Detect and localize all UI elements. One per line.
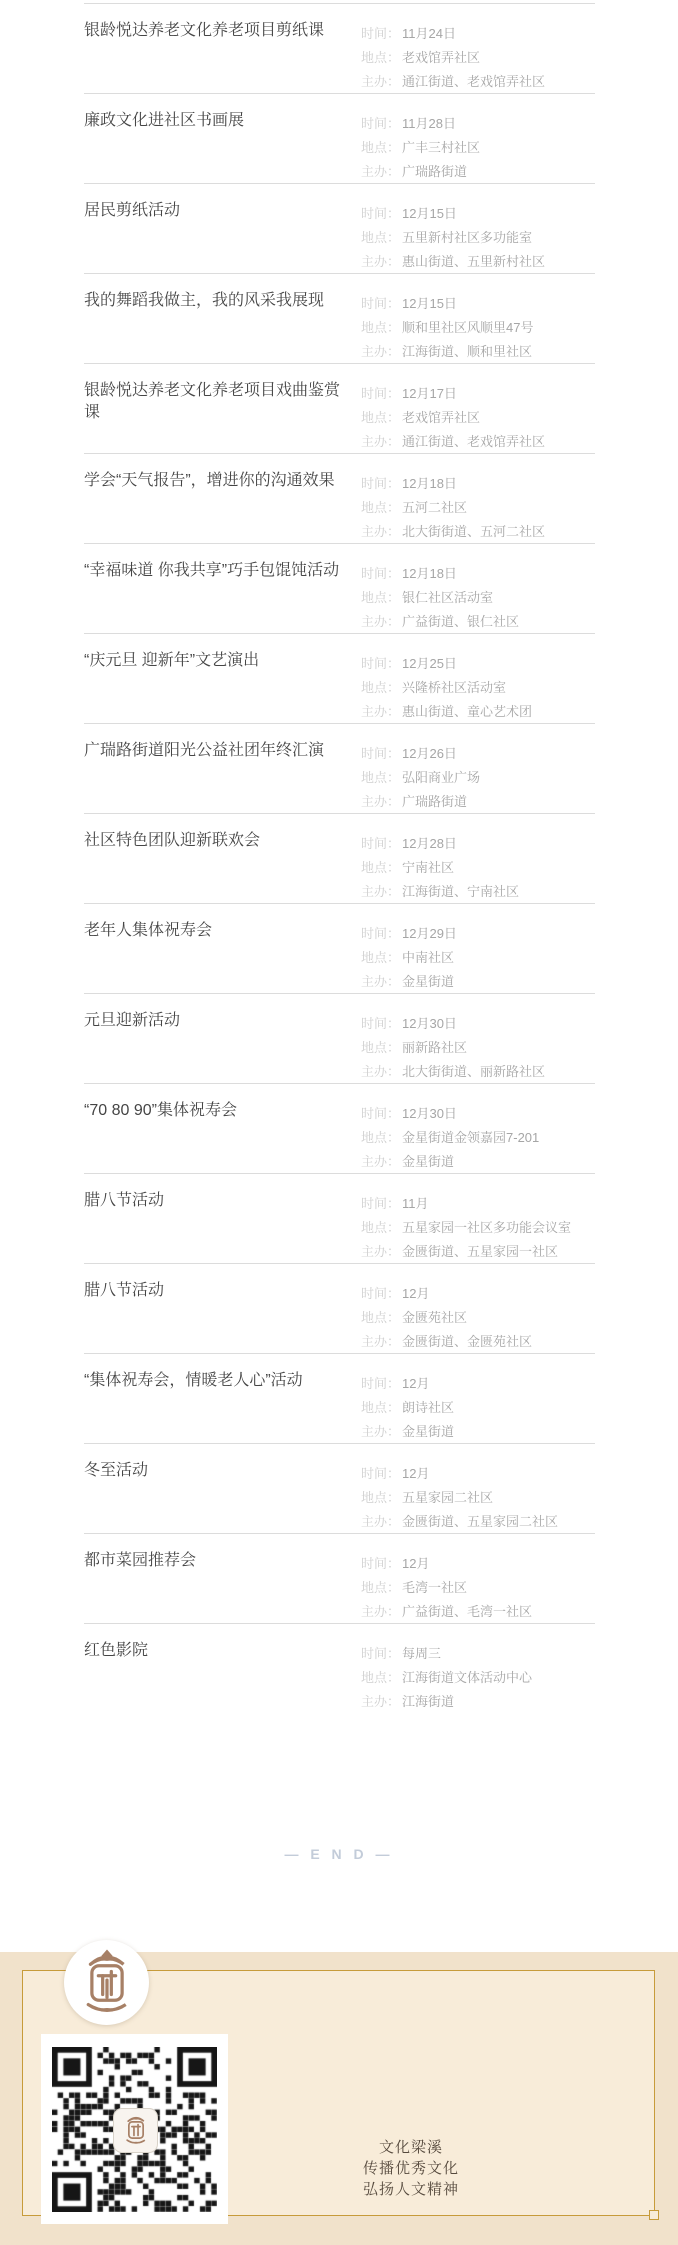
organizer-label: 主办： (361, 884, 400, 899)
location-value: 老戏馆弄社区 (402, 50, 480, 65)
location-value: 顺和里社区风顺里47号 (402, 320, 533, 335)
organizer-label: 主办： (361, 614, 400, 629)
event-details: 时间：12月30日 地点：金星街道金领嘉园7-201 主办：金星街道 (361, 1102, 595, 1173)
event-details: 时间：12月18日 地点：银仁社区活动室 主办：广益街道、银仁社区 (361, 562, 595, 633)
location-label: 地点： (361, 860, 400, 875)
event-time-line: 时间：12月28日 (361, 832, 595, 856)
event-time-line: 时间：11月24日 (361, 22, 595, 46)
event-time-line: 时间：12月15日 (361, 292, 595, 316)
qr-center-badge (113, 2108, 158, 2153)
event-row: 社区特色团队迎新联欢会 时间：12月28日 地点：宁南社区 主办：江海街道、宁南… (84, 813, 595, 903)
location-label: 地点： (361, 1400, 400, 1415)
event-location-line: 地点：五里新村社区多功能室 (361, 226, 595, 250)
organizer-label: 主办： (361, 1514, 400, 1529)
organizer-label: 主办： (361, 1064, 400, 1079)
event-organizer-line: 主办：金星街道 (361, 1420, 595, 1443)
event-row: “幸福味道 你我共享”巧手包馄饨活动 时间：12月18日 地点：银仁社区活动室 … (84, 543, 595, 633)
location-label: 地点： (361, 140, 400, 155)
location-value: 老戏馆弄社区 (402, 410, 480, 425)
location-value: 丽新路社区 (402, 1040, 467, 1055)
time-label: 时间： (361, 1016, 400, 1031)
location-value: 弘阳商业广场 (402, 770, 480, 785)
event-details: 时间：12月25日 地点：兴隆桥社区活动室 主办：惠山街道、童心艺术团 (361, 652, 595, 723)
time-label: 时间： (361, 206, 400, 221)
location-value: 银仁社区活动室 (402, 590, 493, 605)
brand-logo-badge (64, 1940, 149, 2025)
event-title: 廉政文化进社区书画展 (84, 110, 361, 132)
event-organizer-line: 主办：金匮街道、五星家园一社区 (361, 1240, 595, 1263)
time-label: 时间： (361, 1556, 400, 1571)
event-time-line: 时间：12月 (361, 1372, 595, 1396)
event-time-line: 时间：12月18日 (361, 562, 595, 586)
time-value: 每周三 (402, 1646, 441, 1661)
event-title: 都市菜园推荐会 (84, 1550, 361, 1572)
qr-code-block (41, 2034, 228, 2224)
event-organizer-line: 主办：金星街道 (361, 1150, 595, 1173)
location-label: 地点： (361, 1580, 400, 1595)
event-time-line: 时间：12月18日 (361, 472, 595, 496)
event-location-line: 地点：兴隆桥社区活动室 (361, 676, 595, 700)
location-value: 五河二社区 (402, 500, 467, 515)
organizer-value: 广益街道、银仁社区 (402, 614, 519, 629)
event-title: 广瑞路街道阳光公益社团年终汇演 (84, 740, 361, 762)
organizer-value: 惠山街道、童心艺术团 (402, 704, 532, 719)
organizer-value: 广瑞路街道 (402, 794, 467, 809)
time-value: 12月 (402, 1466, 429, 1481)
event-details: 时间：12月 地点：金匮苑社区 主办：金匮街道、金匮苑社区 (361, 1282, 595, 1353)
event-location-line: 地点：丽新路社区 (361, 1036, 595, 1060)
event-organizer-line: 主办：广益街道、银仁社区 (361, 610, 595, 633)
event-title: 银龄悦达养老文化养老项目剪纸课 (84, 20, 361, 42)
organizer-label: 主办： (361, 164, 400, 179)
location-label: 地点： (361, 320, 400, 335)
organizer-value: 广益街道、毛湾一社区 (402, 1604, 532, 1619)
location-value: 江海街道文体活动中心 (402, 1670, 532, 1685)
time-label: 时间： (361, 1286, 400, 1301)
organizer-label: 主办： (361, 1334, 400, 1349)
event-time-line: 时间：12月30日 (361, 1102, 595, 1126)
event-title: 银龄悦达养老文化养老项目戏曲鉴赏课 (84, 380, 361, 424)
organizer-value: 金匮街道、金匮苑社区 (402, 1334, 532, 1349)
time-label: 时间： (361, 566, 400, 581)
event-title: 居民剪纸活动 (84, 200, 361, 222)
location-label: 地点： (361, 1490, 400, 1505)
organizer-label: 主办： (361, 794, 400, 809)
event-organizer-line: 主办：金匮街道、金匮苑社区 (361, 1330, 595, 1353)
event-details: 时间：11月24日 地点：老戏馆弄社区 主办：通江街道、老戏馆弄社区 (361, 22, 595, 93)
event-title: 元旦迎新活动 (84, 1010, 361, 1032)
event-details: 时间：12月15日 地点：顺和里社区风顺里47号 主办：江海街道、顺和里社区 (361, 292, 595, 363)
event-title: “集体祝寿会，情暖老人心”活动 (84, 1370, 361, 1392)
event-location-line: 地点：朗诗社区 (361, 1396, 595, 1420)
time-value: 12月28日 (402, 836, 457, 851)
event-details: 时间：11月28日 地点：广丰三村社区 主办：广瑞路街道 (361, 112, 595, 183)
time-label: 时间： (361, 836, 400, 851)
event-row: 广瑞路街道阳光公益社团年终汇演 时间：12月26日 地点：弘阳商业广场 主办：广… (84, 723, 595, 813)
event-time-line: 时间：11月28日 (361, 112, 595, 136)
location-label: 地点： (361, 590, 400, 605)
event-time-line: 时间：12月15日 (361, 202, 595, 226)
location-value: 朗诗社区 (402, 1400, 454, 1415)
footer-slogan: 文化梁溪 传播优秀文化 弘扬人文精神 (311, 2137, 511, 2200)
event-row: 老年人集体祝寿会 时间：12月29日 地点：中南社区 主办：金星街道 (84, 903, 595, 993)
event-row: “庆元旦 迎新年”文艺演出 时间：12月25日 地点：兴隆桥社区活动室 主办：惠… (84, 633, 595, 723)
event-location-line: 地点：江海街道文体活动中心 (361, 1666, 595, 1690)
event-row: “集体祝寿会，情暖老人心”活动 时间：12月 地点：朗诗社区 主办：金星街道 (84, 1353, 595, 1443)
event-title: 老年人集体祝寿会 (84, 920, 361, 942)
time-value: 12月 (402, 1286, 429, 1301)
location-value: 五星家园一社区多功能会议室 (402, 1220, 571, 1235)
event-title: 我的舞蹈我做主，我的风采我展现 (84, 290, 361, 312)
time-value: 12月 (402, 1556, 429, 1571)
event-title: 红色影院 (84, 1640, 361, 1662)
time-value: 12月 (402, 1376, 429, 1391)
time-label: 时间： (361, 1646, 400, 1661)
event-location-line: 地点：弘阳商业广场 (361, 766, 595, 790)
event-organizer-line: 主办：惠山街道、童心艺术团 (361, 700, 595, 723)
time-label: 时间： (361, 746, 400, 761)
location-label: 地点： (361, 410, 400, 425)
location-value: 金星街道金领嘉园7-201 (402, 1130, 539, 1145)
organizer-value: 广瑞路街道 (402, 164, 467, 179)
event-time-line: 时间：12月25日 (361, 652, 595, 676)
event-list: 银龄悦达养老文化养老项目剪纸课 时间：11月24日 地点：老戏馆弄社区 主办：通… (84, 3, 595, 1713)
event-details: 时间：12月18日 地点：五河二社区 主办：北大街街道、五河二社区 (361, 472, 595, 543)
event-row: 银龄悦达养老文化养老项目剪纸课 时间：11月24日 地点：老戏馆弄社区 主办：通… (84, 3, 595, 93)
location-value: 毛湾一社区 (402, 1580, 467, 1595)
event-organizer-line: 主办：通江街道、老戏馆弄社区 (361, 430, 595, 453)
organizer-label: 主办： (361, 1694, 400, 1709)
end-marker: — E N D — (0, 1846, 678, 1862)
event-row: 学会“天气报告”，增进你的沟通效果 时间：12月18日 地点：五河二社区 主办：… (84, 453, 595, 543)
event-location-line: 地点：中南社区 (361, 946, 595, 970)
organizer-value: 金星街道 (402, 974, 454, 989)
organizer-label: 主办： (361, 974, 400, 989)
event-details: 时间：12月15日 地点：五里新村社区多功能室 主办：惠山街道、五里新村社区 (361, 202, 595, 273)
organizer-value: 江海街道、宁南社区 (402, 884, 519, 899)
time-label: 时间： (361, 26, 400, 41)
event-location-line: 地点：五星家园二社区 (361, 1486, 595, 1510)
time-label: 时间： (361, 476, 400, 491)
event-details: 时间：12月 地点：五星家园二社区 主办：金匮街道、五星家园二社区 (361, 1462, 595, 1533)
event-location-line: 地点：老戏馆弄社区 (361, 406, 595, 430)
event-organizer-line: 主办：金星街道 (361, 970, 595, 993)
qr-center-logo-icon (119, 2113, 153, 2147)
event-organizer-line: 主办：广瑞路街道 (361, 160, 595, 183)
event-location-line: 地点：金匮苑社区 (361, 1306, 595, 1330)
footer-panel: 文化梁溪 传播优秀文化 弘扬人文精神 (22, 1970, 655, 2216)
location-value: 中南社区 (402, 950, 454, 965)
event-title: 学会“天气报告”，增进你的沟通效果 (84, 470, 361, 492)
wechat-qr-code (52, 2047, 217, 2212)
location-label: 地点： (361, 500, 400, 515)
organizer-value: 北大街街道、丽新路社区 (402, 1064, 545, 1079)
time-label: 时间： (361, 296, 400, 311)
event-location-line: 地点：宁南社区 (361, 856, 595, 880)
organizer-value: 惠山街道、五里新村社区 (402, 254, 545, 269)
event-location-line: 地点：金星街道金领嘉园7-201 (361, 1126, 595, 1150)
time-label: 时间： (361, 1106, 400, 1121)
event-title: “70 80 90”集体祝寿会 (84, 1100, 361, 1122)
event-row: 元旦迎新活动 时间：12月30日 地点：丽新路社区 主办：北大街街道、丽新路社区 (84, 993, 595, 1083)
time-value: 11月 (402, 1196, 429, 1211)
event-details: 时间：12月 地点：朗诗社区 主办：金星街道 (361, 1372, 595, 1443)
event-title: “庆元旦 迎新年”文艺演出 (84, 650, 361, 672)
event-organizer-line: 主办：北大街街道、丽新路社区 (361, 1060, 595, 1083)
event-details: 时间：12月30日 地点：丽新路社区 主办：北大街街道、丽新路社区 (361, 1012, 595, 1083)
time-value: 12月26日 (402, 746, 457, 761)
organizer-label: 主办： (361, 74, 400, 89)
event-details: 时间：每周三 地点：江海街道文体活动中心 主办：江海街道 (361, 1642, 595, 1713)
time-value: 12月29日 (402, 926, 457, 941)
article-page: { "labels": { "time": "时间：", "location":… (0, 0, 678, 2245)
time-label: 时间： (361, 1466, 400, 1481)
time-label: 时间： (361, 386, 400, 401)
organizer-value: 江海街道 (402, 1694, 454, 1709)
event-organizer-line: 主办：江海街道 (361, 1690, 595, 1713)
event-row: 冬至活动 时间：12月 地点：五星家园二社区 主办：金匮街道、五星家园二社区 (84, 1443, 595, 1533)
event-row: 廉政文化进社区书画展 时间：11月28日 地点：广丰三村社区 主办：广瑞路街道 (84, 93, 595, 183)
organizer-label: 主办： (361, 704, 400, 719)
time-value: 12月17日 (402, 386, 457, 401)
footer: 文化梁溪 传播优秀文化 弘扬人文精神 (0, 1952, 678, 2245)
time-value: 12月18日 (402, 476, 457, 491)
event-organizer-line: 主办：北大街街道、五河二社区 (361, 520, 595, 543)
location-label: 地点： (361, 950, 400, 965)
time-value: 12月30日 (402, 1016, 457, 1031)
organizer-value: 金星街道 (402, 1424, 454, 1439)
time-value: 11月24日 (402, 26, 456, 41)
time-label: 时间： (361, 116, 400, 131)
location-value: 广丰三村社区 (402, 140, 480, 155)
event-details: 时间：12月26日 地点：弘阳商业广场 主办：广瑞路街道 (361, 742, 595, 813)
event-row: 都市菜园推荐会 时间：12月 地点：毛湾一社区 主办：广益街道、毛湾一社区 (84, 1533, 595, 1623)
event-row: “70 80 90”集体祝寿会 时间：12月30日 地点：金星街道金领嘉园7-2… (84, 1083, 595, 1173)
location-value: 宁南社区 (402, 860, 454, 875)
event-location-line: 地点：毛湾一社区 (361, 1576, 595, 1600)
organizer-label: 主办： (361, 344, 400, 359)
organizer-value: 金匮街道、五星家园二社区 (402, 1514, 558, 1529)
event-row: 腊八节活动 时间：12月 地点：金匮苑社区 主办：金匮街道、金匮苑社区 (84, 1263, 595, 1353)
event-row: 居民剪纸活动 时间：12月15日 地点：五里新村社区多功能室 主办：惠山街道、五… (84, 183, 595, 273)
time-label: 时间： (361, 656, 400, 671)
location-label: 地点： (361, 1040, 400, 1055)
event-details: 时间：12月28日 地点：宁南社区 主办：江海街道、宁南社区 (361, 832, 595, 903)
time-value: 12月30日 (402, 1106, 457, 1121)
event-details: 时间：12月17日 地点：老戏馆弄社区 主办：通江街道、老戏馆弄社区 (361, 382, 595, 453)
event-location-line: 地点：顺和里社区风顺里47号 (361, 316, 595, 340)
location-label: 地点： (361, 1310, 400, 1325)
organizer-value: 金星街道 (402, 1154, 454, 1169)
time-value: 12月15日 (402, 296, 457, 311)
location-label: 地点： (361, 50, 400, 65)
event-title: “幸福味道 你我共享”巧手包馄饨活动 (84, 560, 361, 582)
location-label: 地点： (361, 1130, 400, 1145)
event-organizer-line: 主办：江海街道、宁南社区 (361, 880, 595, 903)
event-time-line: 时间：12月26日 (361, 742, 595, 766)
organizer-label: 主办： (361, 1244, 400, 1259)
organizer-value: 通江街道、老戏馆弄社区 (402, 434, 545, 449)
wenhua-liangxi-seal-icon (71, 1947, 143, 2019)
location-label: 地点： (361, 1670, 400, 1685)
location-value: 五里新村社区多功能室 (402, 230, 532, 245)
time-value: 11月28日 (402, 116, 456, 131)
location-label: 地点： (361, 230, 400, 245)
event-time-line: 时间：12月29日 (361, 922, 595, 946)
event-title: 腊八节活动 (84, 1280, 361, 1302)
event-time-line: 时间：每周三 (361, 1642, 595, 1666)
location-label: 地点： (361, 770, 400, 785)
event-details: 时间：12月 地点：毛湾一社区 主办：广益街道、毛湾一社区 (361, 1552, 595, 1623)
event-details: 时间：11月 地点：五星家园一社区多功能会议室 主办：金匮街道、五星家园一社区 (361, 1192, 595, 1263)
event-title: 冬至活动 (84, 1460, 361, 1482)
event-time-line: 时间：12月17日 (361, 382, 595, 406)
organizer-value: 金匮街道、五星家园一社区 (402, 1244, 558, 1259)
event-location-line: 地点：老戏馆弄社区 (361, 46, 595, 70)
organizer-label: 主办： (361, 1604, 400, 1619)
event-organizer-line: 主办：金匮街道、五星家园二社区 (361, 1510, 595, 1533)
event-time-line: 时间：12月 (361, 1552, 595, 1576)
time-value: 12月15日 (402, 206, 457, 221)
location-label: 地点： (361, 680, 400, 695)
organizer-label: 主办： (361, 1424, 400, 1439)
location-label: 地点： (361, 1220, 400, 1235)
organizer-label: 主办： (361, 524, 400, 539)
organizer-label: 主办： (361, 434, 400, 449)
event-title: 社区特色团队迎新联欢会 (84, 830, 361, 852)
event-row: 我的舞蹈我做主，我的风采我展现 时间：12月15日 地点：顺和里社区风顺里47号… (84, 273, 595, 363)
event-organizer-line: 主办：江海街道、顺和里社区 (361, 340, 595, 363)
time-label: 时间： (361, 926, 400, 941)
organizer-value: 通江街道、老戏馆弄社区 (402, 74, 545, 89)
slogan-line-1: 文化梁溪 (311, 2137, 511, 2158)
event-organizer-line: 主办：广益街道、毛湾一社区 (361, 1600, 595, 1623)
organizer-value: 北大街街道、五河二社区 (402, 524, 545, 539)
event-row: 腊八节活动 时间：11月 地点：五星家园一社区多功能会议室 主办：金匮街道、五星… (84, 1173, 595, 1263)
location-value: 兴隆桥社区活动室 (402, 680, 506, 695)
event-location-line: 地点：广丰三村社区 (361, 136, 595, 160)
time-label: 时间： (361, 1196, 400, 1211)
event-row: 银龄悦达养老文化养老项目戏曲鉴赏课 时间：12月17日 地点：老戏馆弄社区 主办… (84, 363, 595, 453)
location-value: 金匮苑社区 (402, 1310, 467, 1325)
organizer-value: 江海街道、顺和里社区 (402, 344, 532, 359)
event-organizer-line: 主办：惠山街道、五里新村社区 (361, 250, 595, 273)
panel-corner-ornament (649, 2210, 659, 2220)
event-organizer-line: 主办：广瑞路街道 (361, 790, 595, 813)
event-time-line: 时间：12月 (361, 1282, 595, 1306)
slogan-line-2: 传播优秀文化 (311, 2158, 511, 2179)
event-time-line: 时间：12月 (361, 1462, 595, 1486)
event-time-line: 时间：12月30日 (361, 1012, 595, 1036)
event-row: 红色影院 时间：每周三 地点：江海街道文体活动中心 主办：江海街道 (84, 1623, 595, 1713)
event-location-line: 地点：银仁社区活动室 (361, 586, 595, 610)
event-title: 腊八节活动 (84, 1190, 361, 1212)
location-value: 五星家园二社区 (402, 1490, 493, 1505)
event-details: 时间：12月29日 地点：中南社区 主办：金星街道 (361, 922, 595, 993)
event-time-line: 时间：11月 (361, 1192, 595, 1216)
event-location-line: 地点：五星家园一社区多功能会议室 (361, 1216, 595, 1240)
time-label: 时间： (361, 1376, 400, 1391)
event-organizer-line: 主办：通江街道、老戏馆弄社区 (361, 70, 595, 93)
slogan-line-3: 弘扬人文精神 (311, 2179, 511, 2200)
time-value: 12月25日 (402, 656, 457, 671)
organizer-label: 主办： (361, 1154, 400, 1169)
organizer-label: 主办： (361, 254, 400, 269)
time-value: 12月18日 (402, 566, 457, 581)
event-location-line: 地点：五河二社区 (361, 496, 595, 520)
